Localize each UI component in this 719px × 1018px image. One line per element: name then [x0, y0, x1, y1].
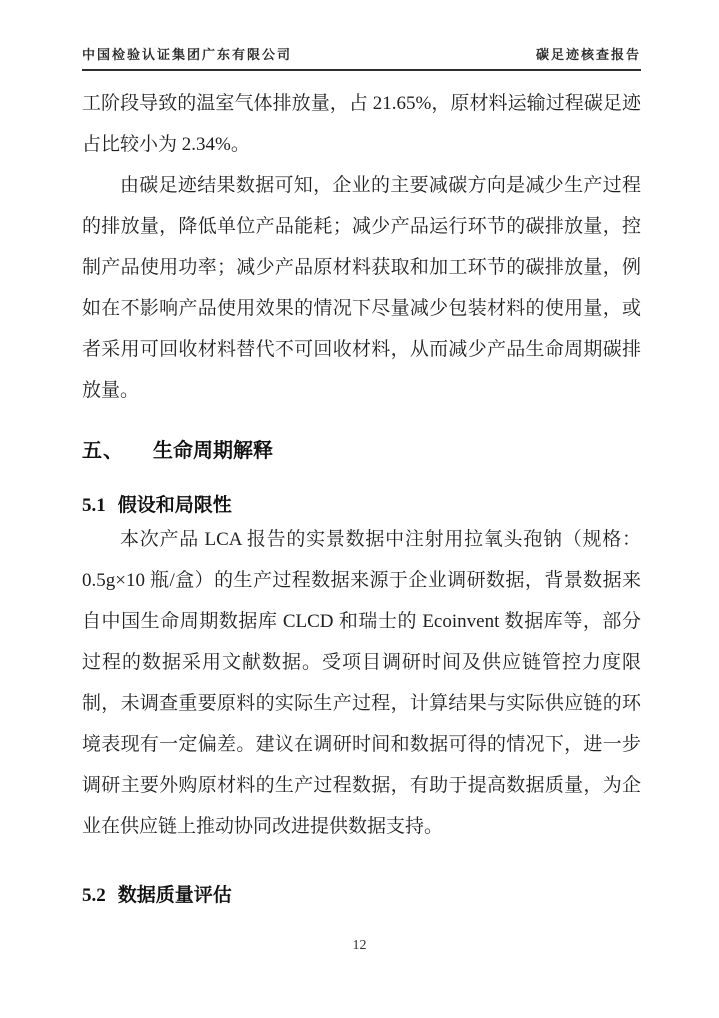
- section-heading-lifecycle-interpretation: 五、生命周期解释: [82, 438, 641, 464]
- header-report-title: 碳足迹核查报告: [536, 44, 641, 63]
- subsection-number: 5.1: [82, 493, 106, 518]
- page-header: 中国检验认证集团广东有限公司 碳足迹核查报告: [82, 44, 641, 71]
- subsection-title: 数据质量评估: [118, 885, 232, 906]
- header-company-name: 中国检验认证集团广东有限公司: [82, 44, 292, 63]
- subsection-title: 假设和局限性: [118, 495, 232, 516]
- subsection-number: 5.2: [82, 883, 106, 908]
- section-title: 生命周期解释: [153, 440, 273, 462]
- page-number: 12: [353, 938, 367, 953]
- report-page: 中国检验认证集团广东有限公司 碳足迹核查报告 工阶段导致的温室气体排放量，占 2…: [0, 0, 719, 1018]
- subsection-heading-data-quality: 5.2数据质量评估: [82, 883, 641, 908]
- section-number: 五、: [82, 438, 124, 464]
- paragraph-emissions-continuation: 工阶段导致的温室气体排放量，占 21.65%，原材料运输过程碳足迹占比较小为 2…: [82, 83, 641, 165]
- paragraph-assumptions-limitations: 本次产品 LCA 报告的实景数据中注射用拉氧头孢钠（规格：0.5g×10 瓶/盒…: [82, 519, 641, 847]
- subsection-heading-assumptions: 5.1假设和局限性: [82, 493, 641, 518]
- page-content: 工阶段导致的温室气体排放量，占 21.65%，原材料运输过程碳足迹占比较小为 2…: [82, 83, 641, 909]
- page-footer: 12: [0, 938, 719, 954]
- paragraph-carbon-reduction: 由碳足迹结果数据可知，企业的主要减碳方向是减少生产过程的排放量，降低单位产品能耗…: [82, 165, 641, 411]
